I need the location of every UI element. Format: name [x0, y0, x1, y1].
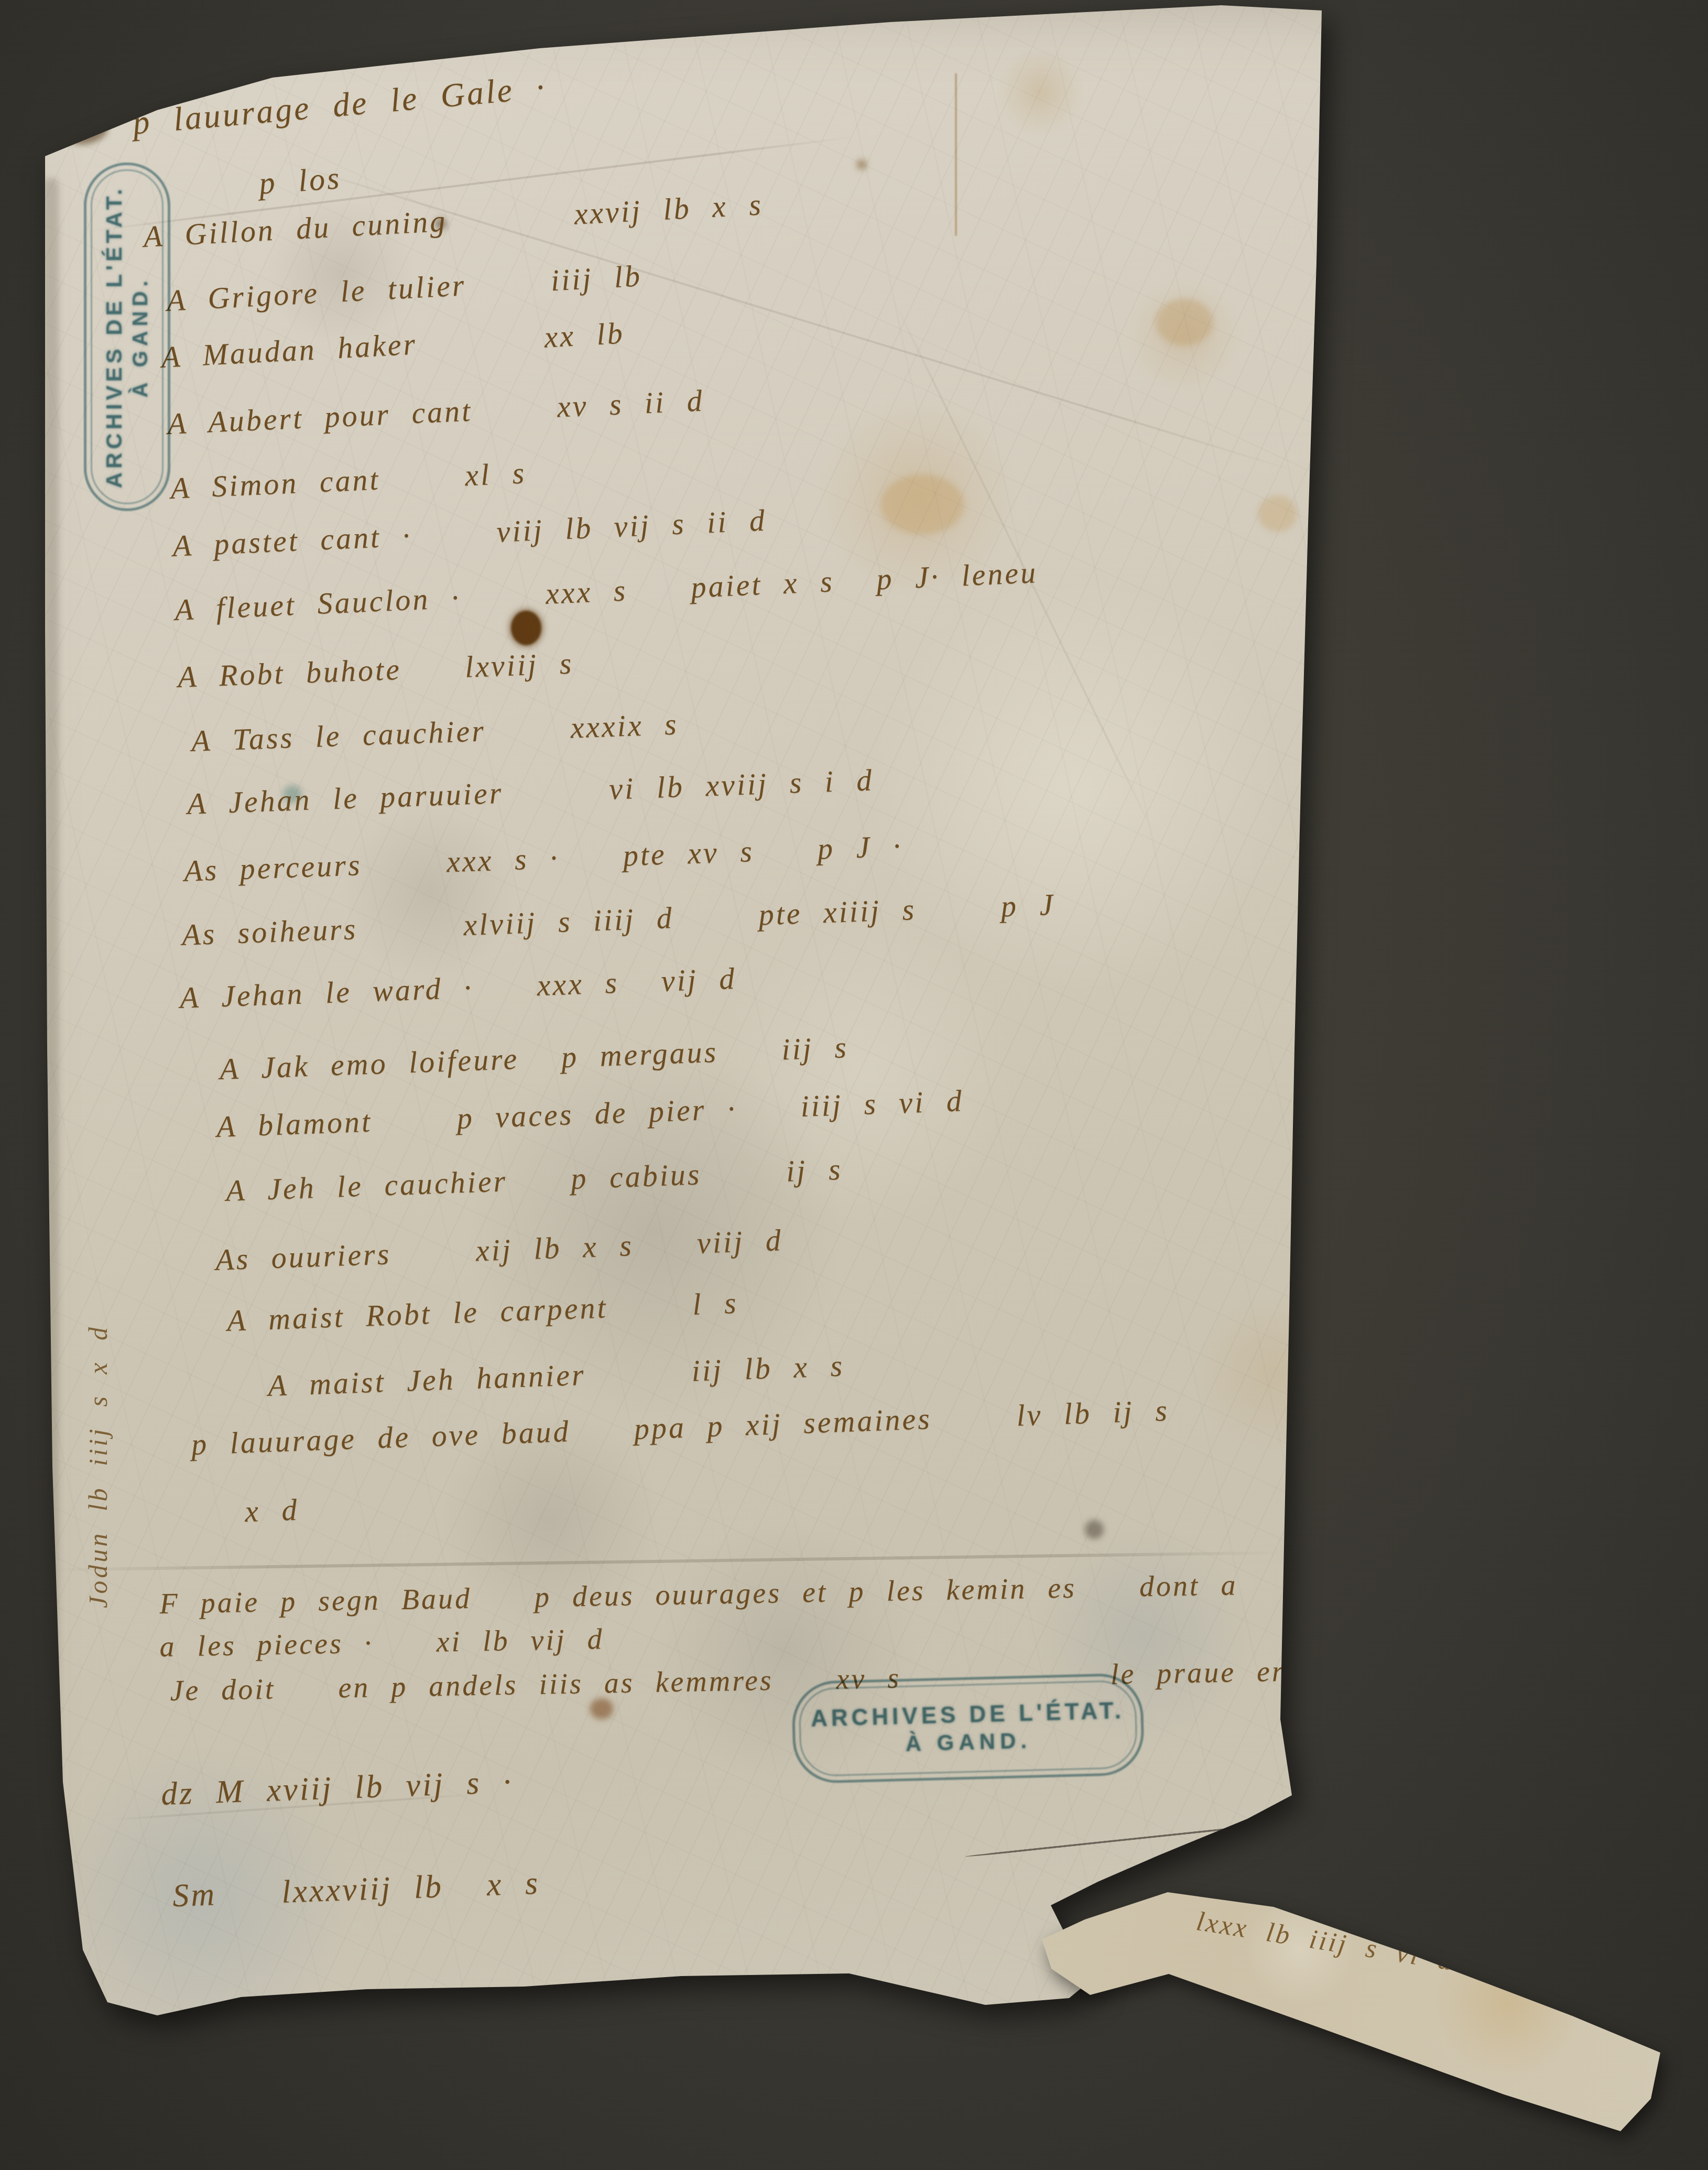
parchment-strip-shadow: lxxx lb iiij s vi d: [0, 0, 1708, 2170]
archival-photo: + p lauurage de le Gale · p los A Gillon…: [0, 0, 1708, 2170]
parchment-strip: lxxx lb iiij s vi d: [0, 0, 1708, 2170]
strip-note: lxxx lb iiij s vi d: [1194, 1906, 1456, 1977]
